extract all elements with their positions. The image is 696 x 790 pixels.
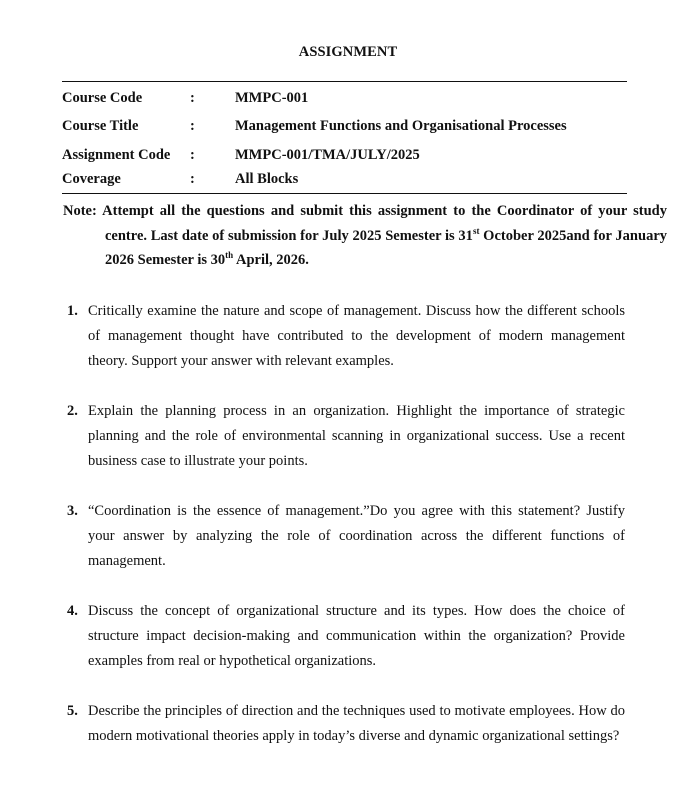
info-label: Coverage	[62, 171, 190, 188]
question-item: 1. Critically examine the nature and sco…	[67, 299, 625, 374]
ordinal-suffix: th	[225, 250, 233, 260]
question-text: “Coordination is the essence of manageme…	[88, 499, 625, 574]
question-item: 3. “Coordination is the essence of manag…	[67, 499, 625, 574]
question-text: Explain the planning process in an organ…	[88, 399, 625, 474]
info-label: Course Title	[62, 118, 190, 135]
coverage-value: All Blocks	[235, 171, 627, 188]
course-title-value: Management Functions and Organisational …	[235, 118, 627, 135]
info-row-coverage: Coverage : All Blocks	[62, 170, 627, 193]
info-separator: :	[190, 171, 235, 188]
question-number: 5.	[67, 699, 88, 749]
submission-note: Note: Attempt all the questions and subm…	[63, 199, 667, 273]
info-label: Assignment Code	[62, 147, 190, 164]
info-separator: :	[190, 118, 235, 135]
course-code-value: MMPC-001	[235, 90, 627, 107]
question-list: 1. Critically examine the nature and sco…	[67, 299, 625, 749]
question-text: Critically examine the nature and scope …	[88, 299, 625, 374]
question-item: 4. Discuss the concept of organizational…	[67, 599, 625, 674]
question-item: 2. Explain the planning process in an or…	[67, 399, 625, 474]
question-number: 4.	[67, 599, 88, 674]
info-row-assignment-code: Assignment Code : MMPC-001/TMA/JULY/2025	[62, 141, 627, 170]
assignment-code-value: MMPC-001/TMA/JULY/2025	[235, 147, 627, 164]
question-number: 1.	[67, 299, 88, 374]
assignment-info-table: Course Code : MMPC-001 Course Title : Ma…	[62, 81, 627, 194]
note-prefix: Note:	[63, 203, 102, 219]
info-label: Course Code	[62, 90, 190, 107]
question-text: Discuss the concept of organizational st…	[88, 599, 625, 674]
info-row-course-code: Course Code : MMPC-001	[62, 84, 627, 113]
info-separator: :	[190, 90, 235, 107]
question-item: 5. Describe the principles of direction …	[67, 699, 625, 749]
info-separator: :	[190, 147, 235, 164]
question-number: 2.	[67, 399, 88, 474]
question-number: 3.	[67, 499, 88, 574]
note-text: April, 2026.	[233, 252, 309, 268]
page-title: ASSIGNMENT	[0, 44, 696, 61]
question-text: Describe the principles of direction and…	[88, 699, 625, 749]
info-row-course-title: Course Title : Management Functions and …	[62, 113, 627, 142]
